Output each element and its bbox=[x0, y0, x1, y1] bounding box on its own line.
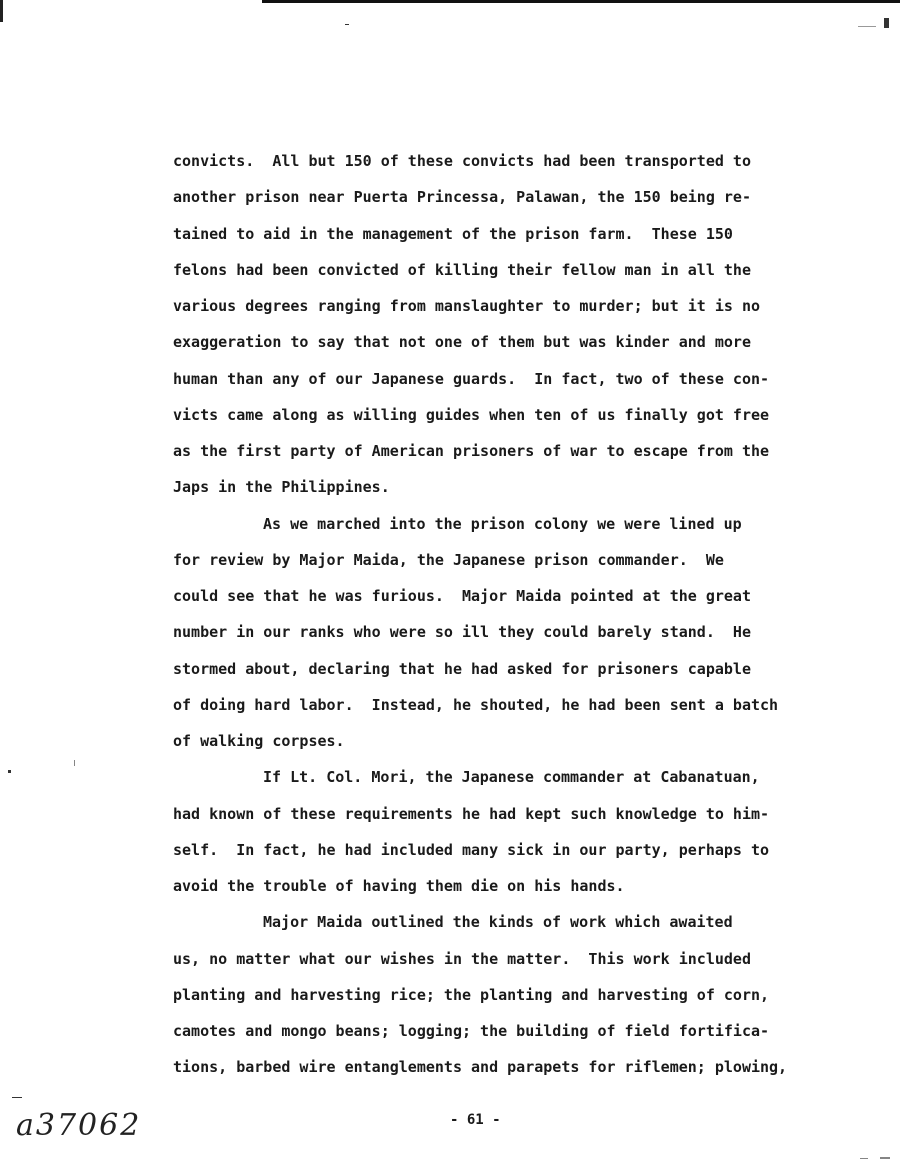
text-line: had known of these requirements he had k… bbox=[173, 803, 813, 839]
text-line: Major Maida outlined the kinds of work w… bbox=[173, 911, 813, 947]
scan-speck bbox=[8, 770, 11, 773]
text-line: self. In fact, he had included many sick… bbox=[173, 839, 813, 875]
text-line: as the first party of American prisoners… bbox=[173, 440, 813, 476]
text-line: another prison near Puerta Princessa, Pa… bbox=[173, 186, 813, 222]
document-page: convicts. All but 150 of these convicts … bbox=[0, 0, 900, 1166]
text-line: human than any of our Japanese guards. I… bbox=[173, 368, 813, 404]
text-line: stormed about, declaring that he had ask… bbox=[173, 658, 813, 694]
body-text: convicts. All but 150 of these convicts … bbox=[173, 150, 813, 1093]
text-line: tained to aid in the management of the p… bbox=[173, 223, 813, 259]
scan-speck bbox=[74, 760, 75, 766]
scan-speck bbox=[880, 1157, 890, 1159]
scan-speck bbox=[860, 1158, 868, 1159]
text-line: As we marched into the prison colony we … bbox=[173, 513, 813, 549]
scan-edge-mark bbox=[0, 0, 3, 22]
text-line: for review by Major Maida, the Japanese … bbox=[173, 549, 813, 585]
text-line: could see that he was furious. Major Mai… bbox=[173, 585, 813, 621]
text-line: exaggeration to say that not one of them… bbox=[173, 331, 813, 367]
text-line: of doing hard labor. Instead, he shouted… bbox=[173, 694, 813, 730]
text-line: tions, barbed wire entanglements and par… bbox=[173, 1056, 813, 1092]
paragraph: Major Maida outlined the kinds of work w… bbox=[173, 911, 813, 1092]
handwritten-document-id: a37062 bbox=[16, 1108, 141, 1143]
scan-edge-mark bbox=[262, 0, 900, 3]
scan-speck bbox=[345, 24, 349, 25]
scan-speck bbox=[858, 26, 876, 27]
text-line: victs came along as willing guides when … bbox=[173, 404, 813, 440]
paragraph: convicts. All but 150 of these convicts … bbox=[173, 150, 813, 513]
text-line: camotes and mongo beans; logging; the bu… bbox=[173, 1020, 813, 1056]
text-line: Japs in the Philippines. bbox=[173, 476, 813, 512]
text-line: If Lt. Col. Mori, the Japanese commander… bbox=[173, 766, 813, 802]
text-line: of walking corpses. bbox=[173, 730, 813, 766]
text-line: convicts. All but 150 of these convicts … bbox=[173, 150, 813, 186]
text-line: number in our ranks who were so ill they… bbox=[173, 621, 813, 657]
text-line: us, no matter what our wishes in the mat… bbox=[173, 948, 813, 984]
page-number: - 61 - bbox=[450, 1112, 501, 1128]
text-line: planting and harvesting rice; the planti… bbox=[173, 984, 813, 1020]
paragraph: If Lt. Col. Mori, the Japanese commander… bbox=[173, 766, 813, 911]
scan-speck bbox=[12, 1097, 22, 1098]
text-line: felons had been convicted of killing the… bbox=[173, 259, 813, 295]
text-line: avoid the trouble of having them die on … bbox=[173, 875, 813, 911]
scan-speck bbox=[884, 18, 889, 28]
text-line: various degrees ranging from manslaughte… bbox=[173, 295, 813, 331]
paragraph: As we marched into the prison colony we … bbox=[173, 513, 813, 767]
